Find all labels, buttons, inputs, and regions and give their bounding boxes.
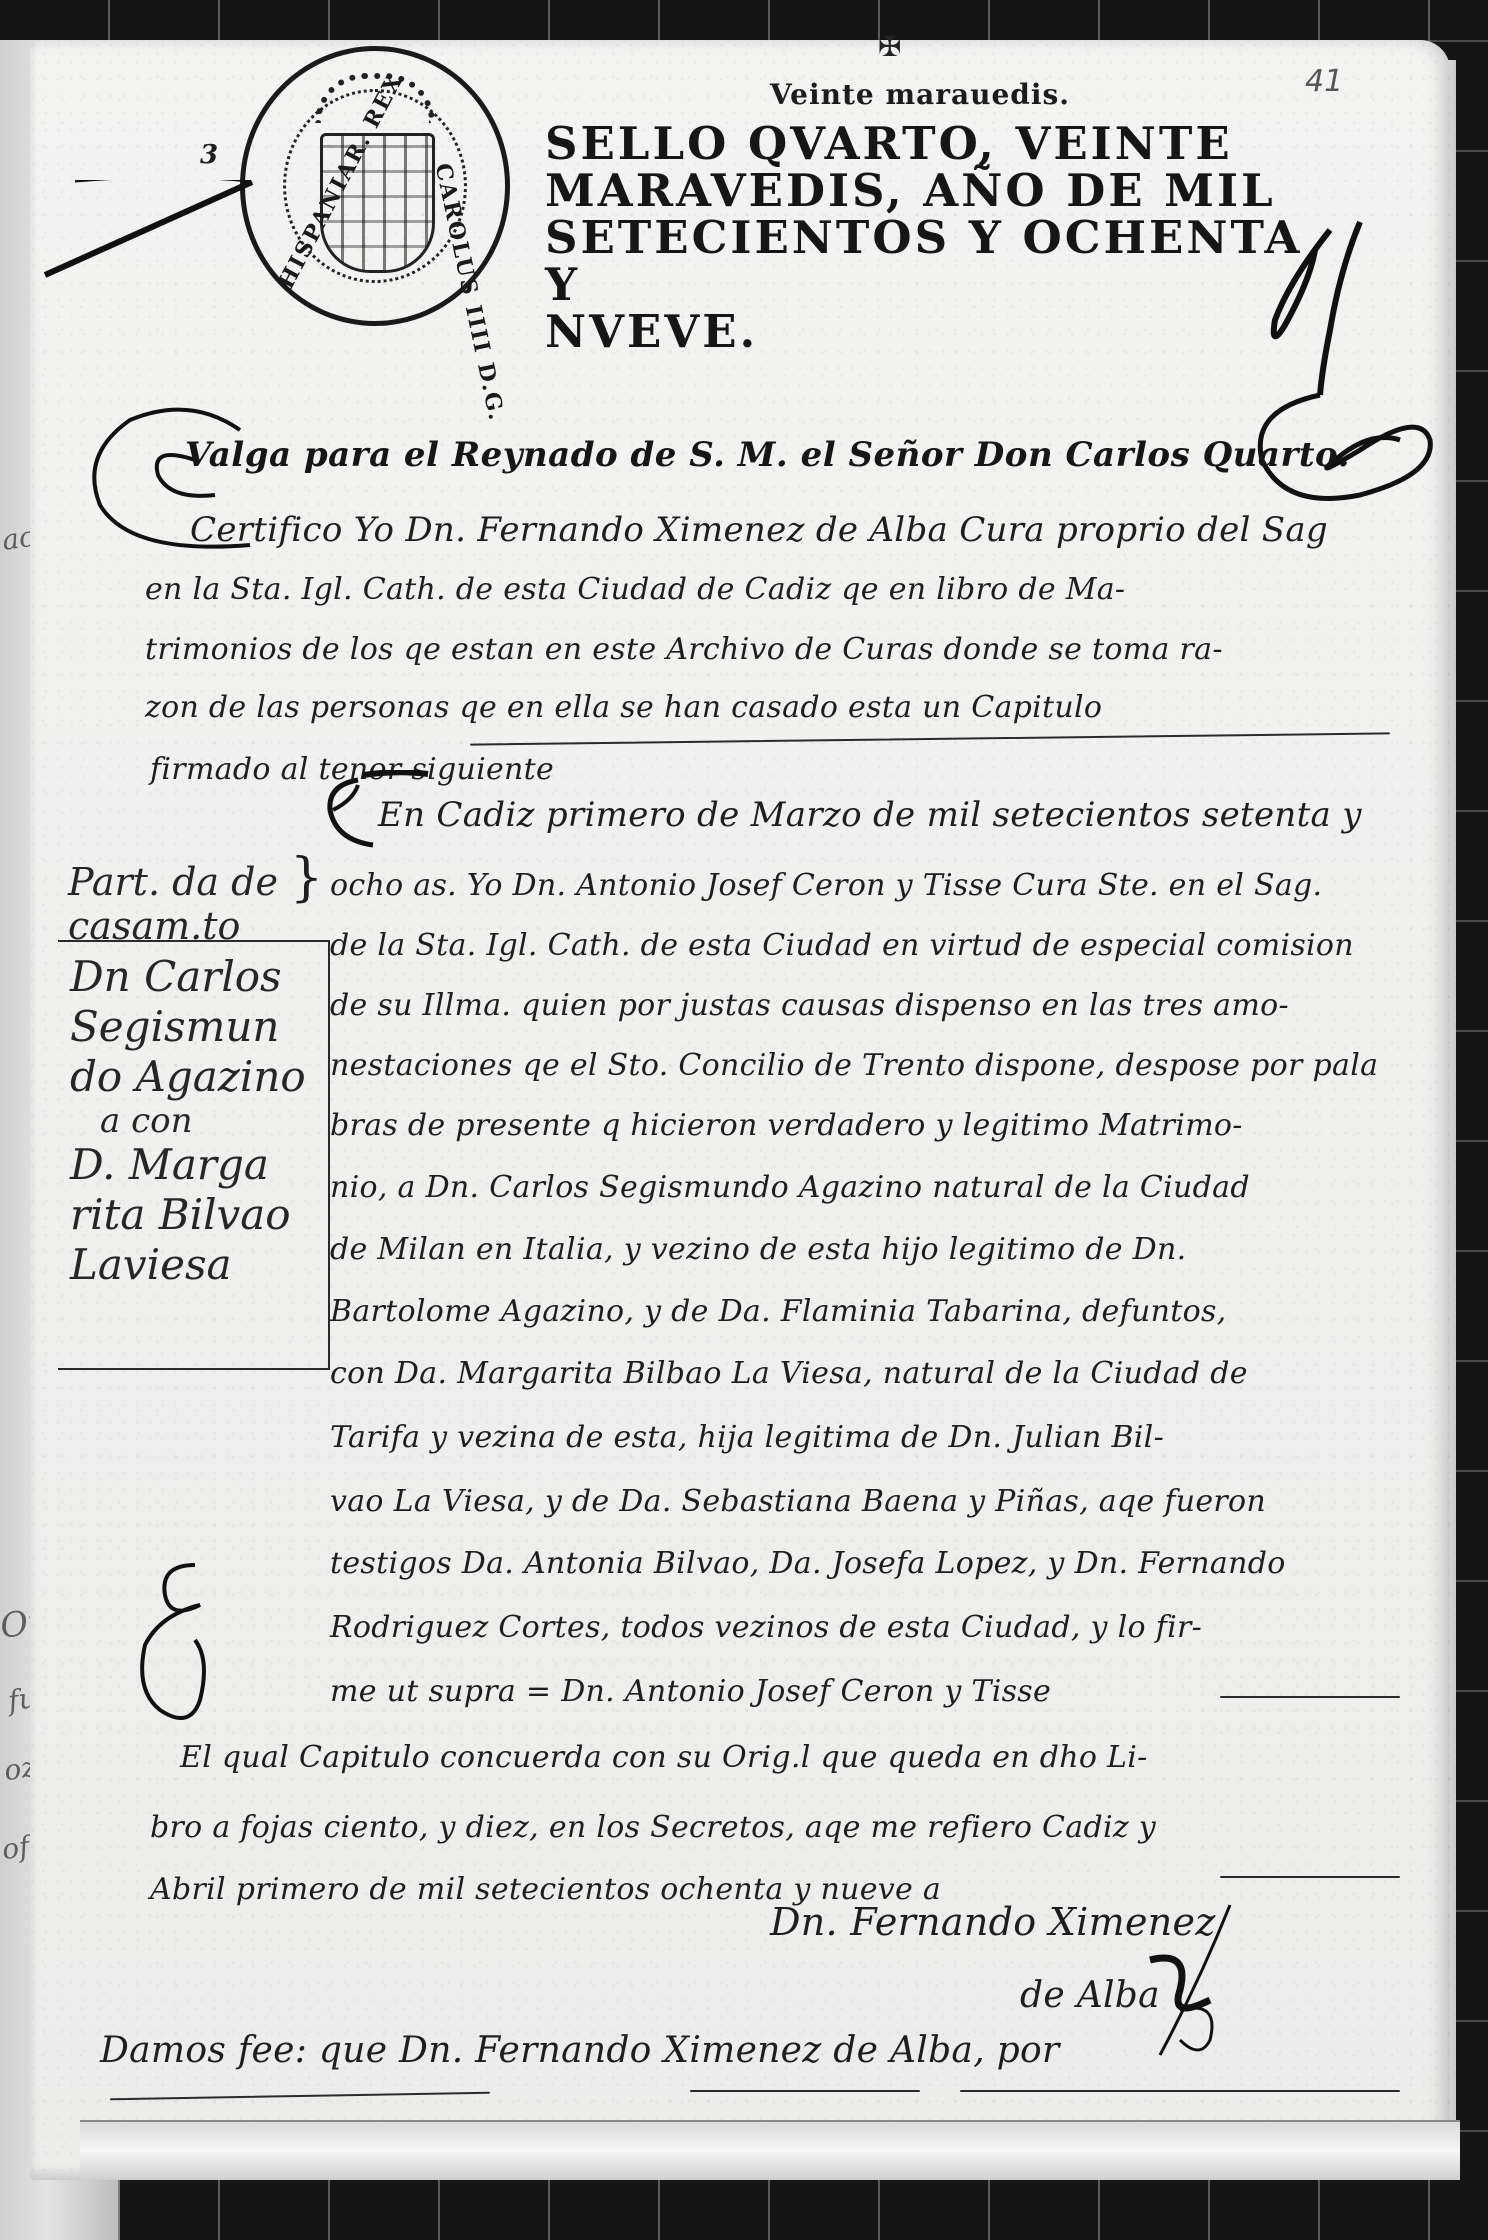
margin-name-line: rita Bilvao [70,1190,306,1240]
royal-seal: CAROLUS IIII D.G. HISPANIAR. REX [240,46,510,326]
entry-line: testigos Da. Antonia Bilvao, Da. Josefa … [330,1546,1286,1581]
attestation-line: Damos fee: que Dn. Fernando Ximenez de A… [100,2030,1060,2071]
margin-name-line: a con [70,1102,306,1140]
fill-line [1220,1696,1400,1698]
entry-line: nestaciones qe el Sto. Concilio de Trent… [330,1048,1378,1083]
closing-line: bro a fojas ciento, y diez, en los Secre… [150,1810,1156,1845]
stamp-title-line: SELLO QVARTO, VEINTE [545,120,1325,167]
closing-line: El qual Capitulo concuerda con su Orig.l… [180,1740,1148,1775]
margin-names: Dn Carlos Segismun do Agazino a con D. M… [70,952,306,1290]
entry-line: me ut supra = Dn. Antonio Josef Ceron y … [330,1674,1051,1709]
margin-name-line: Segismun [70,1002,306,1052]
entry-line: de su Illma. quien por justas causas dis… [330,988,1289,1023]
margin-heading: Part. da de casam.to [68,860,278,948]
entry-line: ocho as. Yo Dn. Antonio Josef Ceron y Ti… [330,868,1322,903]
margin-mark: 3 [200,140,218,170]
entry-line: de Milan en Italia, y vezino de esta hij… [330,1232,1186,1267]
margin-name-line: Dn Carlos [70,952,306,1002]
certificate-line: zon de las personas qe en ella se han ca… [145,690,1102,725]
fill-line [1220,1876,1400,1878]
certificate-line: trimonios de los qe estan en este Archiv… [145,632,1223,667]
entry-line: de la Sta. Igl. Cath. de esta Ciudad en … [330,928,1354,963]
entry-line: vao La Viesa, y de Da. Sebastiana Baena … [330,1484,1266,1519]
certificate-line: Certifico Yo Dn. Fernando Ximenez de Alb… [190,510,1328,550]
fill-line [690,2090,920,2092]
margin-name-line: D. Marga [70,1140,306,1190]
page-bottom-fold [80,2120,1460,2180]
certificate-line: firmado al tenor siguiente [150,752,554,787]
entry-line: Rodriguez Cortes, todos vezinos de esta … [330,1610,1202,1645]
entry-line: nio, a Dn. Carlos Segismundo Agazino nat… [330,1170,1250,1205]
folio-number: 41 [1305,64,1343,99]
stamp-title: SELLO QVARTO, VEINTE MARAVEDIS, AÑO DE M… [545,120,1325,355]
valga-heading: Valga para el Reynado de S. M. el Señor … [185,435,1350,475]
margin-heading-line: Part. da de [68,860,278,904]
stamp-title-line: SETECIENTOS Y OCHENTA Y [545,214,1325,308]
certificate-line: en la Sta. Igl. Cath. de esta Ciudad de … [145,572,1125,607]
fill-line [960,2090,1400,2092]
brace-icon: } [290,848,323,908]
signature-line-1: Dn. Fernando Ximenez [770,1900,1216,1944]
entry-line: Tarifa y vezina de esta, hija legitima d… [330,1420,1164,1455]
stamp-value: Veinte marauedis. [770,78,1070,111]
entry-line: En Cadiz primero de Marzo de mil setecie… [378,795,1362,835]
stamp-title-line: NVEVE. [545,308,1325,355]
stamp-title-line: MARAVEDIS, AÑO DE MIL [545,167,1325,214]
signature-line-2: de Alba [1020,1975,1160,2016]
margin-name-line: do Agazino [70,1052,306,1102]
cross-icon: ✠ [878,30,901,63]
entry-line: bras de presente q hicieron verdadero y … [330,1108,1243,1143]
entry-line: Bartolome Agazino, y de Da. Flaminia Tab… [330,1294,1226,1329]
margin-name-line: Laviesa [70,1240,306,1290]
entry-line: con Da. Margarita Bilbao La Viesa, natur… [330,1356,1248,1391]
